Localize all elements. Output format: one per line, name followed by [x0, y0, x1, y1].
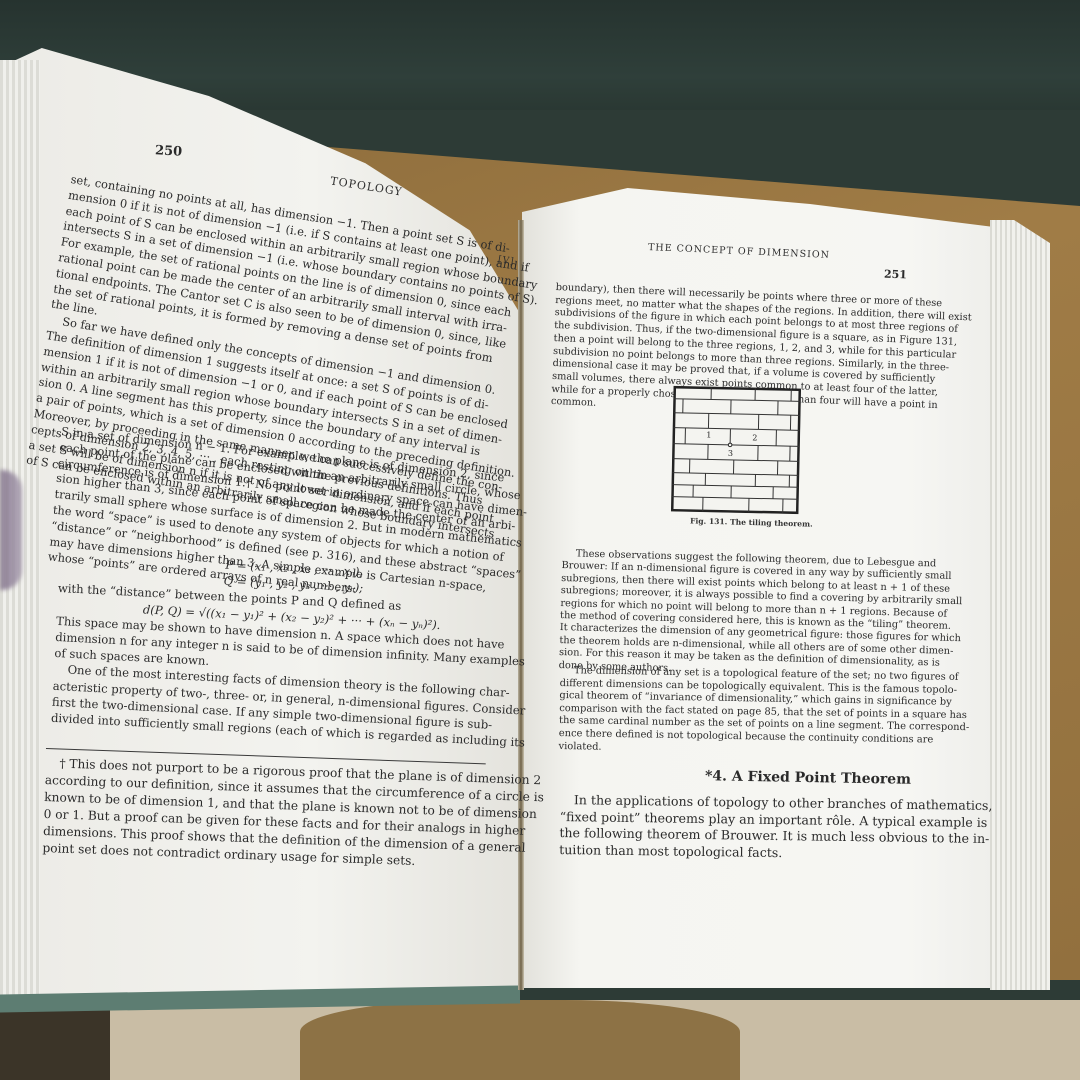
right-page-edges [990, 220, 1050, 990]
left-formulas: P = (x₁ , x₂ , x₃ , ··· , xₙ), Q = (y₁ ,… [51, 548, 530, 751]
region-label-1: 1 [706, 430, 711, 439]
desk-foreground [0, 1000, 1080, 1080]
tiling-figure: 1 2 3 [671, 386, 802, 515]
left-page-number: 250 [155, 143, 183, 159]
region-label-3: 3 [728, 449, 733, 458]
right-paragraph-2: These observations suggest the following… [559, 548, 934, 682]
footnote: † This does not purport to be a rigorous… [42, 748, 516, 873]
tiling-diagram [671, 386, 802, 515]
right-page-number: 251 [884, 268, 907, 282]
region-label-2: 2 [752, 433, 757, 442]
right-paragraph-3: The dimension of any set is a topologica… [558, 665, 937, 760]
right-paragraph-4: In the applications of topology to other… [559, 792, 960, 864]
desk-stain [300, 1000, 740, 1080]
thumb [0, 470, 22, 590]
